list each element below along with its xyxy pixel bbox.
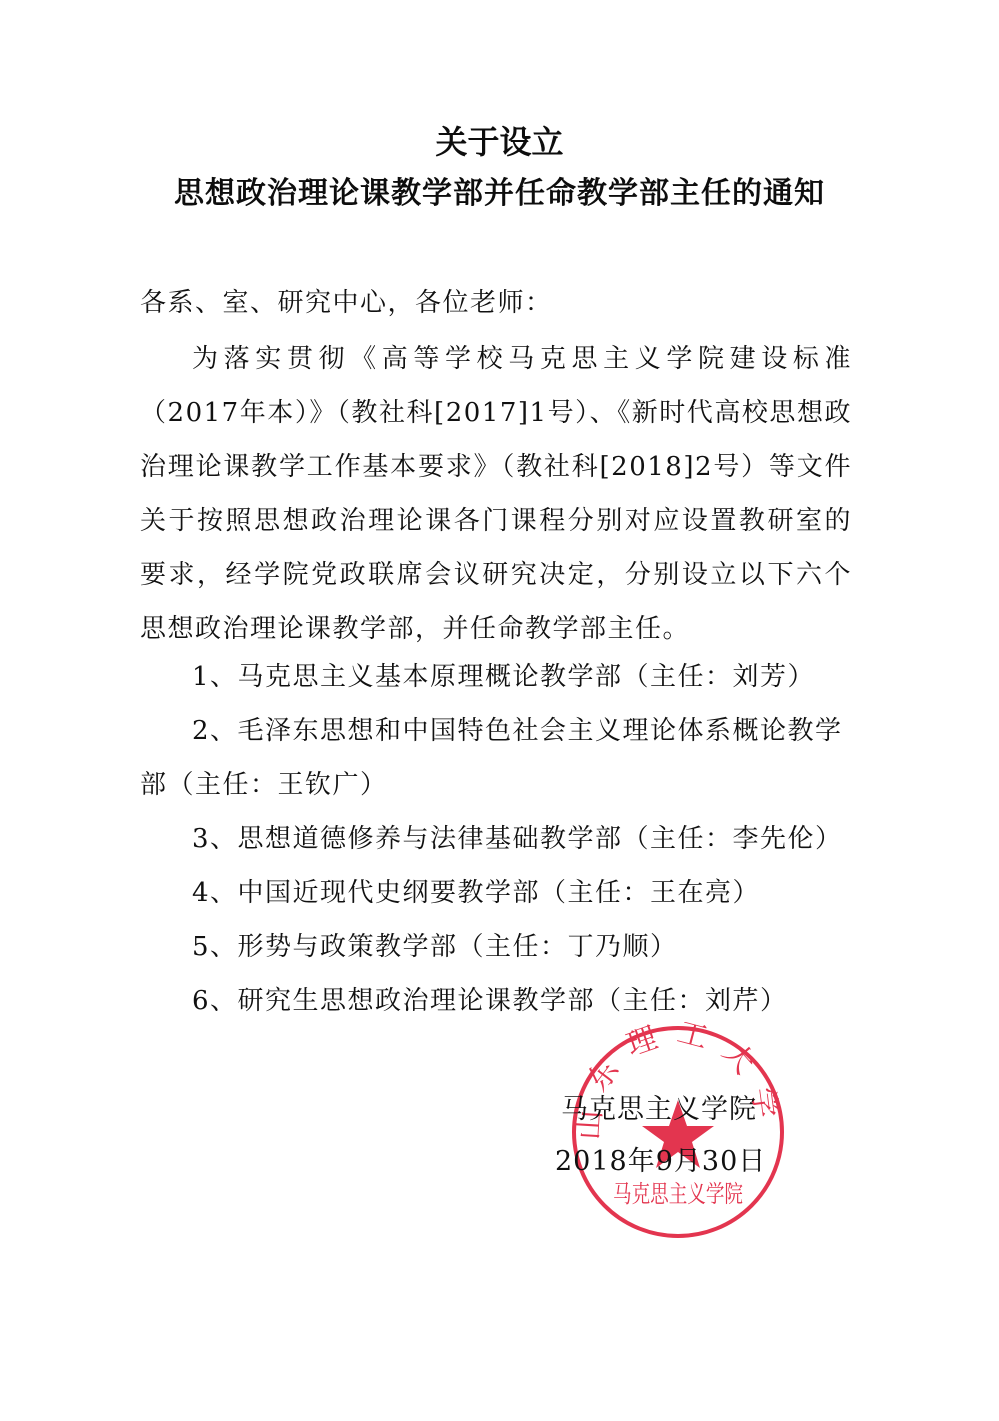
list-item: 6、研究生思想政治理论课教学部（主任：刘芹）	[140, 974, 852, 1028]
document-title-line1: 关于设立	[0, 120, 999, 164]
body-paragraph: 为落实贯彻《高等学校马克思主义学院建设标准（2017年本）》（教社科[2017]…	[140, 332, 852, 656]
signature-block: 马克思主义学院 2018年9月30日	[555, 1084, 766, 1188]
list-item: 5、形势与政策教学部（主任：丁乃顺）	[140, 920, 852, 974]
document-title-line2: 思想政治理论课教学部并任命教学部主任的通知	[0, 172, 999, 216]
list-item: 2、毛泽东思想和中国特色社会主义理论体系概论教学部（主任：王钦广）	[140, 704, 852, 812]
list-item: 3、思想道德修养与法律基础教学部（主任：李先伦）	[140, 812, 852, 866]
signature-date: 2018年9月30日	[555, 1136, 766, 1188]
salutation: 各系、室、研究中心，各位老师：	[140, 276, 852, 330]
list-item: 1、马克思主义基本原理概论教学部（主任：刘芳）	[140, 650, 852, 704]
signature-organization: 马克思主义学院	[555, 1084, 766, 1136]
list-item: 4、中国近现代史纲要教学部（主任：王在亮）	[140, 866, 852, 920]
department-list: 1、马克思主义基本原理概论教学部（主任：刘芳） 2、毛泽东思想和中国特色社会主义…	[140, 650, 852, 1028]
